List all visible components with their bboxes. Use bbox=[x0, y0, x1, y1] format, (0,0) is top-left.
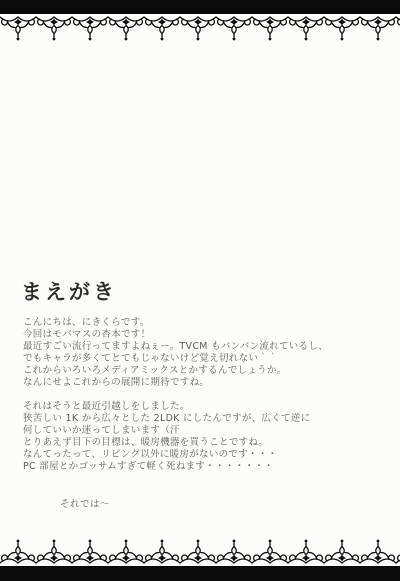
text-line: とりあえず目下の目標は、暖房機器を買うことですね。 bbox=[23, 437, 310, 449]
text-line: なんてったって、リビング以外に暖房がないのです・・・ bbox=[23, 449, 310, 461]
text-line: なんにせよこれからの展開に期待ですね。 bbox=[23, 377, 328, 389]
text-line: 何していいか迷ってしまいます（汗 bbox=[23, 425, 310, 437]
closing-line: それでは～ bbox=[60, 496, 110, 510]
scanned-book-page: まえがき こんにちは、にきくらです。 今回はモバマスの杏本です！ 最近すごい流行… bbox=[0, 0, 400, 581]
text-line: 今回はモバマスの杏本です！ bbox=[23, 329, 328, 341]
top-black-bar bbox=[0, 0, 400, 14]
text-line: こんにちは、にきくらです。 bbox=[23, 317, 328, 329]
text-line: PC 部屋とかゴッサムすぎて軽く死ねます・・・・・・・ bbox=[23, 461, 310, 473]
text-line: それはそうと最近引越しをしました。 bbox=[23, 401, 310, 413]
bottom-black-bar bbox=[0, 566, 400, 581]
page-title: まえがき bbox=[21, 276, 117, 306]
text-line: これからいろいろメディアミックスとかするんでしょうか。 bbox=[23, 365, 328, 377]
foreword-paragraph-2: それはそうと最近引越しをしました。 狭苦しい 1K から広々とした 2LDK に… bbox=[23, 401, 310, 473]
text-line: 最近すごい流行ってますよねぇー。TVCM もバンバン流れているし、 bbox=[23, 341, 328, 353]
text-line: でもキャラが多くてとてもじゃないけど覚え切れない｀｀ bbox=[23, 353, 328, 365]
lace-border-top-icon bbox=[0, 13, 400, 47]
lace-border-bottom-icon bbox=[0, 533, 400, 567]
foreword-paragraph-1: こんにちは、にきくらです。 今回はモバマスの杏本です！ 最近すごい流行ってますよ… bbox=[23, 317, 328, 389]
text-line: 狭苦しい 1K から広々とした 2LDK にしたんですが、広くて逆に bbox=[23, 413, 310, 425]
